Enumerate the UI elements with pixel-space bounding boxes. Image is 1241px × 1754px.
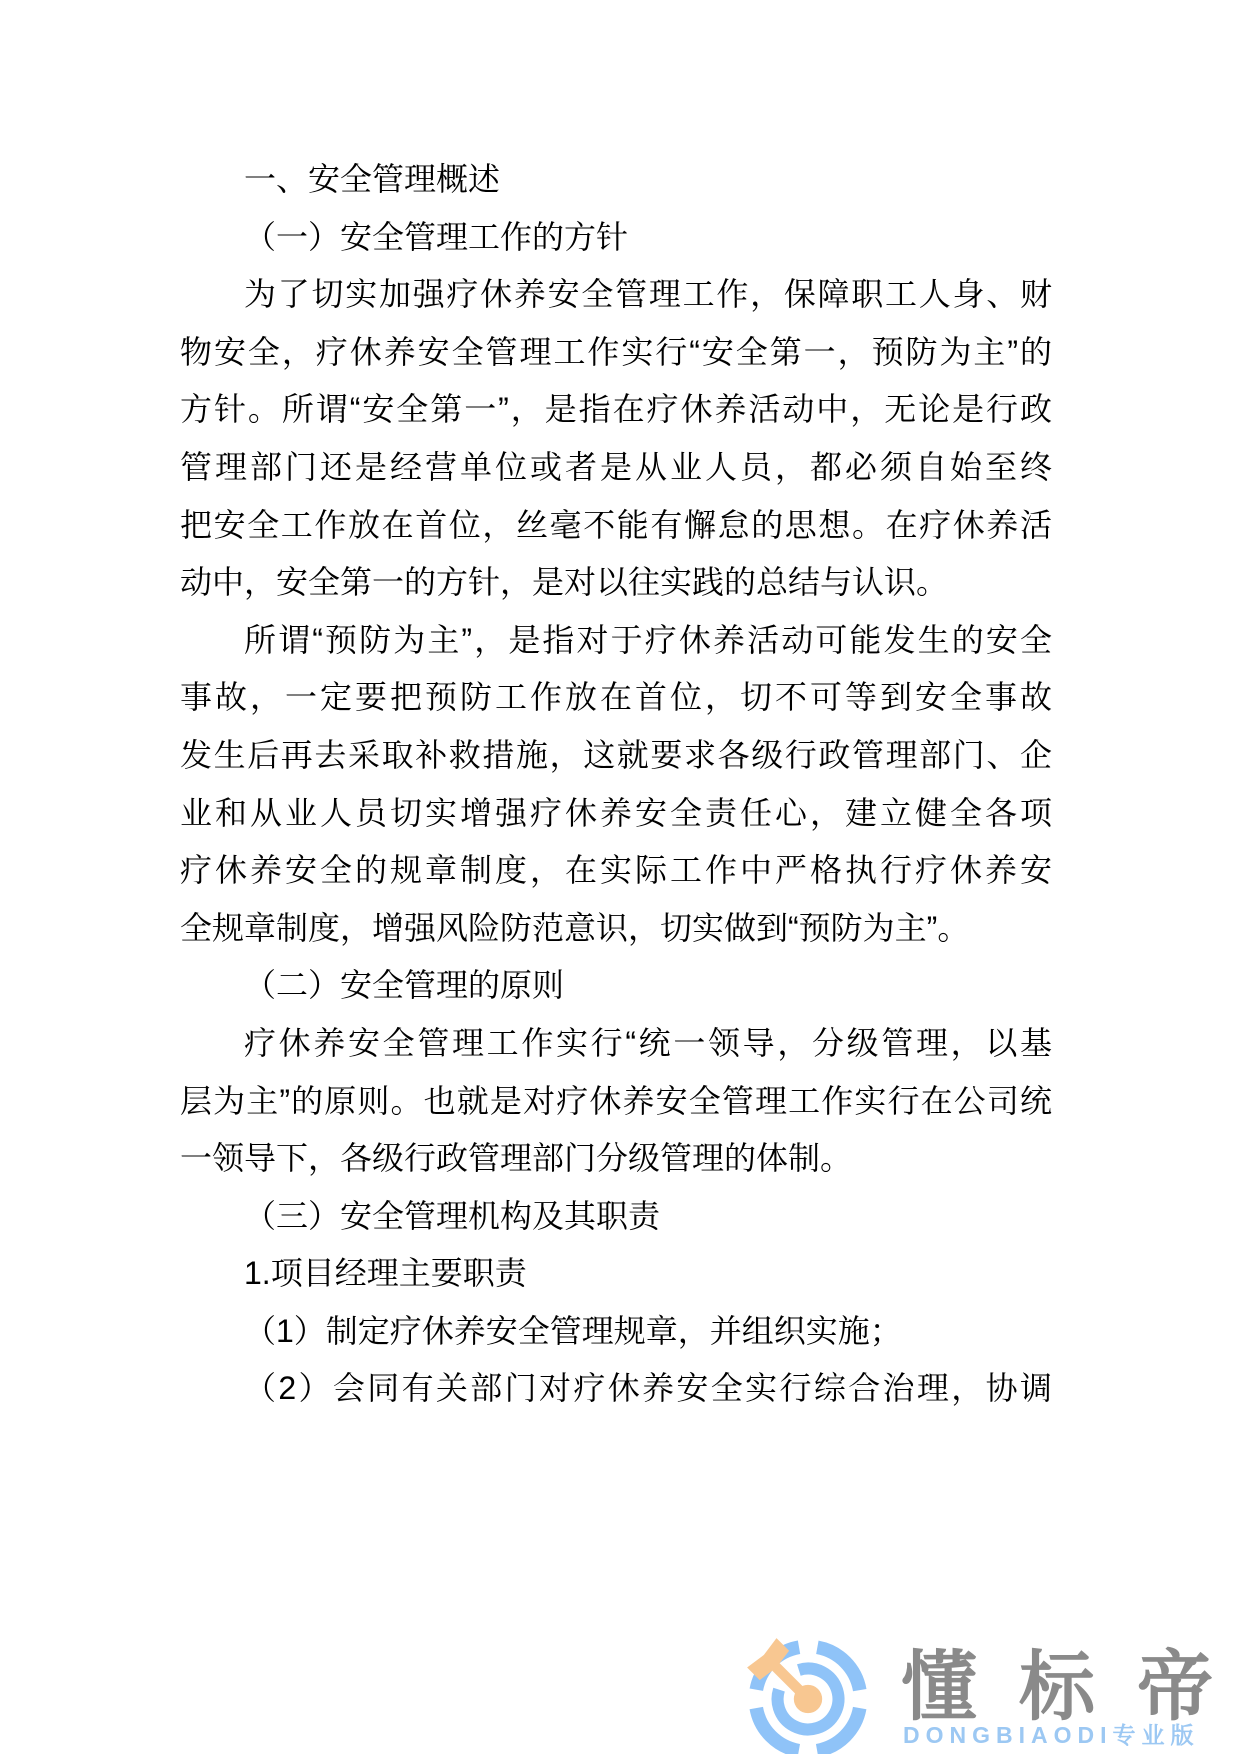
target-dart-icon: [745, 1636, 871, 1754]
text-line: 事故，一定要把预防工作放在首位，切不可等到安全事故: [180, 669, 1052, 727]
text-line: 业和从业人员切实增强疗休养安全责任心，建立健全各项: [180, 785, 1052, 843]
text-line: 为了切实加强疗休养安全管理工作，保障职工人身、财: [180, 266, 1052, 324]
text-line: 疗休养安全的规章制度，在实际工作中严格执行疗休养安: [180, 842, 1052, 900]
text-line: （三）安全管理机构及其职责: [180, 1188, 1052, 1246]
text-line: 方针。所谓“安全第一”，是指在疗休养活动中，无论是行政: [180, 381, 1052, 439]
text-line: （2）会同有关部门对疗休养安全实行综合治理，协调: [180, 1360, 1052, 1418]
text-line: 疗休养安全管理工作实行“统一领导，分级管理，以基: [180, 1015, 1052, 1073]
text-line: （一）安全管理工作的方针: [180, 209, 1052, 267]
watermark-brand-cn: 懂标帝: [901, 1650, 1241, 1726]
text-line: 管理部门还是经营单位或者是从业人员，都必须自始至终: [180, 439, 1052, 497]
text-line: 一领导下，各级行政管理部门分级管理的体制。: [180, 1130, 1052, 1188]
text-line: 动中，安全第一的方针，是对以往实践的总结与认识。: [180, 554, 1052, 612]
text-line: 所谓“预防为主”，是指对于疗休养活动可能发生的安全: [180, 612, 1052, 670]
text-line: 把安全工作放在首位，丝毫不能有懈怠的思想。在疗休养活: [180, 497, 1052, 555]
text-line: 层为主”的原则。也就是对疗休养安全管理工作实行在公司统: [180, 1073, 1052, 1131]
text-line: （1）制定疗休养安全管理规章，并组织实施；: [180, 1303, 1052, 1361]
text-line: 物安全，疗休养安全管理工作实行“安全第一，预防为主”的: [180, 324, 1052, 382]
text-line: 全规章制度，增强风险防范意识，切实做到“预防为主”。: [180, 900, 1052, 958]
text-line: 发生后再去采取补救措施，这就要求各级行政管理部门、企: [180, 727, 1052, 785]
watermark-edition: 专业版: [1113, 1722, 1200, 1748]
text-line: 1.项目经理主要职责: [180, 1245, 1052, 1303]
text-line: （二）安全管理的原则: [180, 957, 1052, 1015]
watermark-brand-latin: DONGBIAODI: [903, 1722, 1113, 1748]
document-body: 一、安全管理概述（一）安全管理工作的方针为了切实加强疗休养安全管理工作，保障职工…: [180, 151, 1052, 1418]
document-page: 一、安全管理概述（一）安全管理工作的方针为了切实加强疗休养安全管理工作，保障职工…: [0, 0, 1241, 1754]
watermark-brand-en: DONGBIAODI专业版: [903, 1722, 1200, 1750]
text-line: 一、安全管理概述: [180, 151, 1052, 209]
